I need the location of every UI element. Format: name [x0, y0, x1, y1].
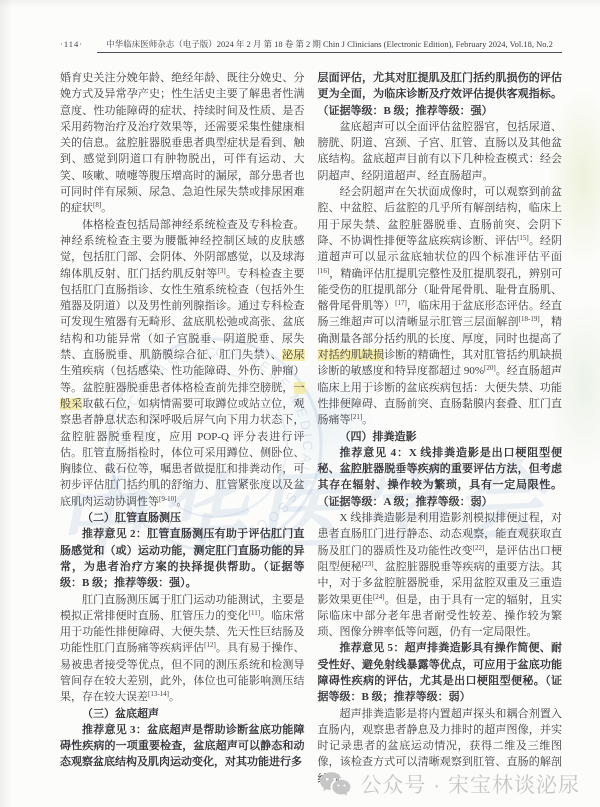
section-heading: （三）盆底超声: [60, 706, 305, 722]
body-paragraph: 肛门直肠测压属于肛门运动功能测试，主要是模拟正常排便时直肠、肛管压力的变化[11…: [60, 592, 305, 706]
recommendation-paragraph: 推荐意见 4：X 线排粪造影是出口梗阻型便秘、盆腔脏器脱垂等疾病的重要评估方法，…: [318, 445, 563, 510]
article-columns: 婚育史关注分娩年龄、绝经年龄、既往分娩史、分娩方式及异常孕产史；性生活史主要了解…: [60, 70, 562, 807]
recommendation-paragraph: 推荐意见 5：超声排粪造影具有操作简便、耐受性好、避免射线暴露等优点，可应用于盆…: [318, 640, 563, 705]
recommendation-paragraph: 推荐意见 3：盆底超声是帮助诊断盆底功能障碍性疾病的一项重要检查，盆底超声可以静…: [60, 722, 305, 771]
footer-watermark-text: 公众号 · 宋宝林谈泌尿: [360, 769, 580, 799]
recommendation-paragraph: 推荐意见 2：肛管直肠测压有助于评估肛门直肠感觉和（或）运动功能，测定肛门直肠功…: [60, 526, 305, 591]
body-paragraph: 经会阴超声在矢状面成像时，可以观察到前盆腔、中盆腔、后盆腔的几乎所有解剖结构，临…: [318, 184, 563, 428]
wechat-icon: [319, 771, 351, 797]
page-header: ·114· 中华临床医师杂志（电子版）2024 年 2 月 第 18 卷 第 2…: [60, 38, 562, 53]
section-heading: （四）排粪造影: [318, 429, 563, 445]
text-column-right: 层面评估，尤其对肛提肌及肛门括约肌损伤的评估更为全面，为临床诊断及疗效评估提供客…: [318, 70, 563, 807]
section-heading: （二）肛管直肠测压: [60, 510, 305, 526]
body-paragraph: 体格检查包括局部神经系统检查及专科检查。神经系统检查主要为腰骶神经控制区域的皮肤…: [60, 217, 305, 510]
body-paragraph: 婚育史关注分娩年龄、绝经年龄、既往分娩史、分娩方式及异常孕产史；性生活史主要了解…: [60, 70, 305, 217]
body-paragraph: X 线排粪造影是利用造影剂模拟排便过程，对患者直肠肛门进行静态、动态观察，能直观…: [318, 510, 563, 640]
text-column-left: 婚育史关注分娩年龄、绝经年龄、既往分娩史、分娩方式及异常孕产史；性生活史主要了解…: [60, 70, 305, 807]
page-number: ·114·: [60, 39, 83, 49]
journal-citation: 中华临床医师杂志（电子版）2024 年 2 月 第 18 卷 第 2 期 Chi…: [97, 38, 562, 53]
recommendation-paragraph: 层面评估，尤其对肛提肌及肛门括约肌损伤的评估更为全面，为临床诊断及疗效评估提供客…: [318, 70, 563, 119]
body-paragraph: 盆底超声可以全面评估盆腔器官，包括尿道、膀胱、阴道、宫颈、子宫、肛管、直肠以及其…: [318, 119, 563, 184]
footer-watermark: 公众号 · 宋宝林谈泌尿: [319, 769, 580, 799]
